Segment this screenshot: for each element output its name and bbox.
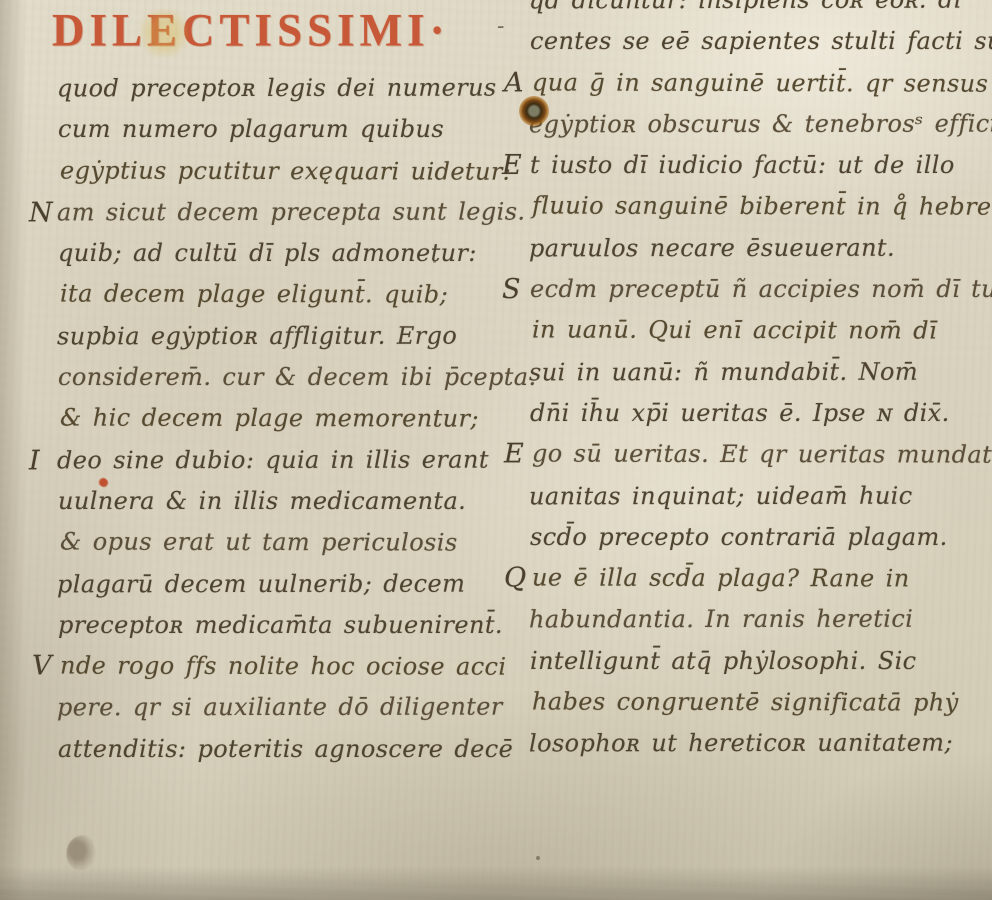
speck	[536, 856, 540, 860]
line-text: deo sine dubio: quia in illis erant	[57, 445, 489, 474]
manuscript-line: uulnera & in illis medicamenta.	[30, 481, 482, 522]
manuscript-line: losophoʀ ut hereticoʀ uanitatem;	[501, 723, 971, 765]
manuscript-line: egẏptioʀ obscurus & tenebrosˢ efficit̄.	[501, 103, 971, 145]
manuscript-line: intelligunt̄ atq̄ phẏlosophi. Sic	[502, 641, 972, 682]
manuscript-line: Nam sicut decem precepta sunt legis.	[29, 191, 481, 233]
line-text: scd̄o precepto contrariā plagam.	[530, 523, 948, 551]
manuscript-line: & opus erat ut tam periculosis	[32, 522, 484, 564]
rubric-heading: DILECTISSIMI·	[52, 0, 450, 63]
line-text: qđ dicuntur: insipiens coʀ eoʀ. di	[529, 0, 962, 14]
manuscript-line: habes congruentē significatā phẏ	[504, 681, 974, 724]
line-text: attenditis: poteritis agnoscere decē	[58, 735, 513, 763]
line-text: cum numero plagarum quibus	[58, 115, 444, 143]
manuscript-line: in uanū. Qui enī accipit nom̄ dī	[504, 310, 974, 353]
manuscript-line: pere. qr si auxiliante dō diligenter	[29, 687, 481, 729]
line-text: losophoʀ ut hereticoʀ uanitatem;	[529, 729, 953, 758]
manuscript-line: uanitas inquinat; uideam̄ huic	[501, 475, 971, 517]
line-text: t iusto dī iudicio factū: ut de illo	[530, 151, 955, 179]
ink-smudge	[62, 833, 100, 874]
versal-initial: V	[32, 646, 52, 687]
versal-initial: E	[504, 434, 524, 475]
manuscript-line: Aqua ḡ in sanguinē uertit̄. qr sensus	[504, 62, 974, 105]
line-text: paruulos necare ēsueuerant.	[529, 234, 895, 263]
manuscript-line: & hic decem plage memorentur;	[32, 398, 484, 440]
line-text: fluuio sanguinē biberent̄ in q̊ hebreoʀ	[532, 192, 992, 221]
manuscript-line: scd̄o precepto contrariā plagam.	[502, 517, 972, 558]
line-text: dn̄i ih̄u xp̄i ueritas ē. Ipse ɴ dix̄.	[530, 399, 950, 427]
manuscript-line: plagarū decem uulnerib; decem	[29, 563, 481, 605]
manuscript-line: dn̄i ih̄u xp̄i ueritas ē. Ipse ɴ dix̄.	[502, 393, 972, 434]
line-text: ue ē illa scd̄a plaga? Rane in	[532, 564, 910, 593]
manuscript-line: paruulos necare ēsueuerant.	[501, 227, 971, 269]
manuscript-line: supbia egẏptioʀ affligitur. Ergo	[29, 315, 481, 357]
line-text: uulnera & in illis medicamenta.	[58, 487, 466, 515]
versal-initial: S	[502, 269, 521, 310]
line-text: centes se eē sapientes stulti facti sunt…	[530, 27, 992, 55]
line-text: quod preceptoʀ legis dei numerus	[57, 74, 497, 103]
manuscript-line: quod preceptoʀ legis dei numerus	[29, 68, 481, 110]
text-column-right: qđ dicuntur: insipiens coʀ eoʀ. dicentes…	[502, 0, 972, 765]
versal-initial: I	[29, 440, 40, 481]
manuscript-line: Et iusto dī iudicio factū: ut de illo	[502, 145, 972, 186]
manuscript-page: DILECTISSIMI· quod preceptoʀ legis dei n…	[0, 0, 992, 900]
line-text: ita decem plage eligunt̄. quib;	[60, 280, 448, 309]
line-text: egẏptioʀ obscurus & tenebrosˢ efficit̄.	[529, 109, 992, 138]
manuscript-line: Vnde rogo ffs nolite hoc ociose acci	[32, 646, 484, 688]
line-text: am sicut decem precepta sunt legis.	[57, 197, 526, 226]
text-column-left: quod preceptoʀ legis dei numeruscum nume…	[30, 68, 482, 770]
line-text: considerem̄. cur & decem ibi p̄cepta.	[58, 363, 536, 391]
versal-initial: E	[502, 145, 522, 186]
manuscript-line: Que ē illa scd̄a plaga? Rane in	[504, 558, 974, 601]
manuscript-line: Secdm preceptū ñ accipies nom̄ dī tui	[502, 269, 972, 310]
line-text: in uanū. Qui enī accipit nom̄ dī	[532, 316, 937, 345]
manuscript-line: preceptoʀ medicam̄ta subuenirent̄.	[30, 605, 482, 646]
manuscript-line: Ego sū ueritas. Et qr ueritas mundat:	[504, 434, 974, 477]
line-text: habes congruentē significatā phẏ	[532, 688, 959, 717]
line-text: go sū ueritas. Et qr ueritas mundat:	[532, 440, 992, 469]
manuscript-line: considerem̄. cur & decem ibi p̄cepta.	[30, 357, 482, 398]
line-text: supbia egẏptioʀ affligitur. Ergo	[57, 321, 457, 350]
versal-initial: N	[29, 192, 53, 233]
line-text: qua ḡ in sanguinē uertit̄. qr sensus	[532, 68, 988, 97]
manuscript-line: fluuio sanguinē biberent̄ in q̊ hebreoʀ	[504, 186, 974, 229]
manuscript-line: egẏptius pcutitur exęquari uidetur:	[32, 150, 484, 192]
line-text: & hic decem plage memorentur;	[60, 404, 479, 433]
line-text: intelligunt̄ atq̄ phẏlosophi. Sic	[530, 647, 917, 675]
manuscript-line: quib; ad cultū dī pls admonetur:	[30, 233, 482, 274]
manuscript-line: qđ dicuntur: insipiens coʀ eoʀ. di	[501, 0, 971, 22]
manuscript-line: Ideo sine dubio: quia in illis erant	[29, 439, 481, 481]
line-text: habundantia. In ranis heretici	[529, 605, 913, 634]
line-text: pere. qr si auxiliante dō diligenter	[57, 693, 503, 722]
versal-initial: Q	[504, 558, 527, 599]
line-text: ecdm preceptū ñ accipies nom̄ dī tui	[530, 275, 992, 303]
line-text: preceptoʀ medicam̄ta subuenirent̄.	[58, 611, 503, 639]
line-text: & opus erat ut tam periculosis	[60, 528, 458, 557]
line-text: quib; ad cultū dī pls admonetur:	[58, 239, 477, 267]
manuscript-line: sui in uanū: ñ mundabit̄. Nom̄	[501, 351, 971, 393]
line-text: nde rogo ffs nolite hoc ociose acci	[60, 652, 507, 681]
manuscript-line: ita decem plage eligunt̄. quib;	[32, 274, 484, 316]
manuscript-line: attenditis: poteritis agnoscere decē	[30, 729, 482, 770]
line-text: uanitas inquinat; uideam̄ huic	[529, 481, 913, 510]
line-text: egẏptius pcutitur exęquari uidetur:	[60, 156, 511, 185]
manuscript-line: habundantia. In ranis heretici	[501, 599, 971, 641]
line-text: plagarū decem uulnerib; decem	[57, 569, 465, 598]
manuscript-line: cum numero plagarum quibus	[30, 109, 482, 150]
line-text: sui in uanū: ñ mundabit̄. Nom̄	[529, 357, 918, 386]
versal-initial: A	[504, 62, 524, 103]
margin-dash: -	[497, 14, 504, 39]
manuscript-line: centes se eē sapientes stulti facti sunt…	[502, 21, 972, 62]
